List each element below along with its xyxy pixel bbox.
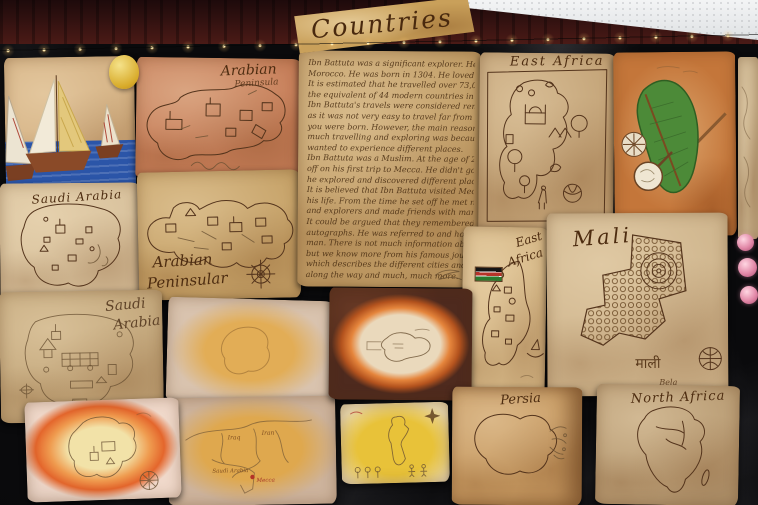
east-africa-title: East Africa (510, 55, 605, 69)
artwork-iran-orange-map (24, 397, 181, 502)
artwork-arabian-peninsula-map: Arabian Peninsula (135, 57, 301, 181)
label-mecca: Mecca (256, 479, 274, 485)
artwork-mali-map: Mali माली Bela (547, 213, 729, 397)
artwork-saudi-arabia-top-map: Saudi Arabia (0, 182, 141, 302)
persia-title: Persia (500, 392, 541, 408)
compass-icon (622, 132, 646, 156)
artwork-east-africa-flag-map: East Africa (461, 226, 548, 398)
label-iran: Iran (262, 431, 275, 437)
faint-wash-drawing (166, 297, 334, 406)
vignette-map-drawing (329, 287, 473, 400)
artwork-north-africa-map: North Africa (595, 384, 740, 505)
compass-rose-icon (247, 260, 276, 289)
stamp-icon (140, 471, 159, 490)
north-africa-title: North Africa (631, 390, 726, 406)
sailboat-icon (527, 339, 543, 357)
pink-pompom-flower (740, 286, 758, 304)
small-yellow-drawing (340, 402, 450, 485)
leaf-drawing (613, 51, 737, 236)
middle-east-watercolor-drawing (167, 396, 337, 505)
globe-icon (563, 184, 581, 202)
pink-pompom-flower (737, 234, 754, 251)
artwork-middle-east-watercolor: Iraq Iran Saudi Arabia Mecca (167, 396, 337, 505)
stamp-icon (699, 348, 721, 370)
mali-devanagari: माली (635, 357, 660, 371)
right-edge-sketch-drawing (738, 57, 758, 239)
kenya-flag-icon (475, 266, 503, 281)
artwork-vignette-map (329, 287, 473, 400)
iran-orange-drawing (24, 397, 181, 502)
artwork-ibn-battuta-essay: Ibn Battuta was a significant explorer. … (297, 50, 481, 287)
saudi-arabia-left-title: Saudi (105, 296, 146, 313)
artwork-east-africa-map: East Africa (478, 52, 615, 232)
pink-pompom-flower (738, 258, 757, 277)
bus-icon (62, 353, 98, 371)
arabian-peninsular-title: Arabian (152, 252, 213, 270)
mali-title: Mali (572, 225, 633, 250)
artwork-arabian-peninsular-map: Arabian Peninsular (137, 169, 302, 300)
east-africa-drawing (478, 52, 615, 232)
artwork-persia-map: Persia (452, 387, 583, 505)
giraffe-icon (538, 186, 546, 209)
artwork-right-edge-sketch (738, 57, 758, 239)
artwork-faint-wash-map (166, 297, 334, 406)
label-iraq: Iraq (228, 435, 241, 441)
arabian-peninsula-title: Arabian (220, 62, 276, 78)
mosque-icon (525, 105, 545, 124)
display-board-photo: Arabian Peninsula Saudi Arabia Arabian P… (0, 0, 758, 505)
essay-signature-scribble (297, 50, 481, 287)
label-saudi-arabia: Saudi Arabia (212, 469, 248, 475)
artwork-small-yellow-map (340, 402, 450, 485)
artwork-leaf-study (613, 51, 737, 236)
